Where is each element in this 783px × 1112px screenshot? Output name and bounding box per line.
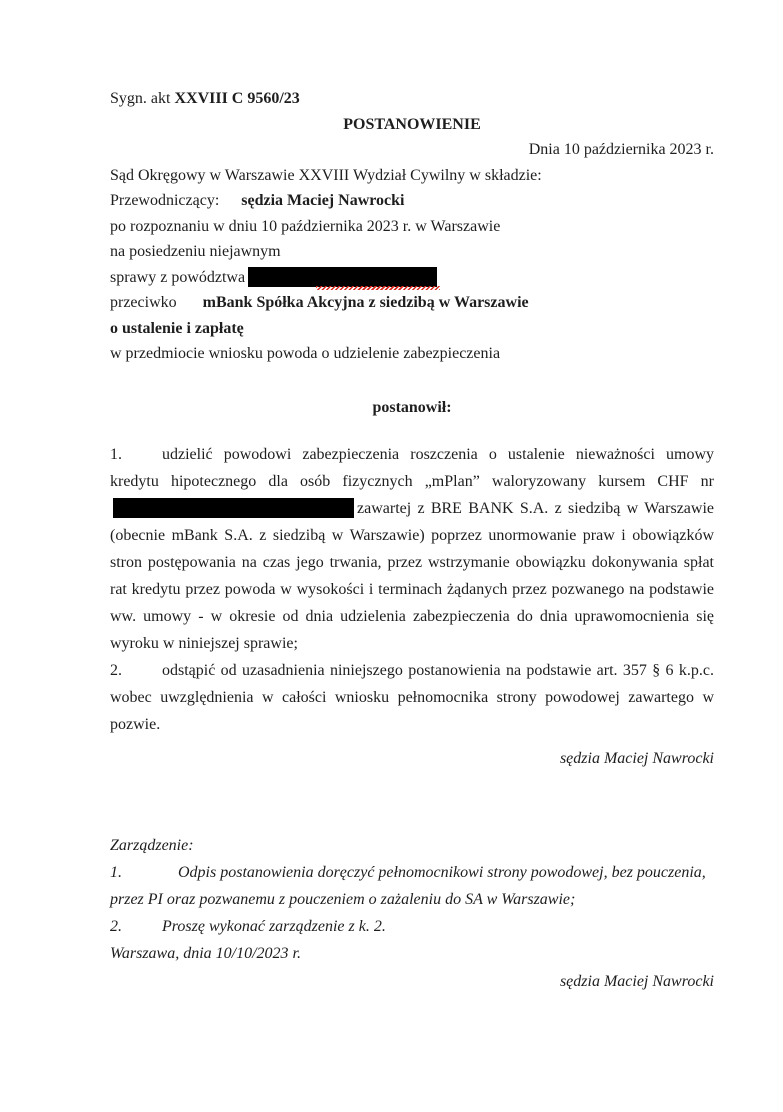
ruling-number: 1.	[110, 446, 122, 463]
order-item-text: Proszę wykonać zarządzenie z k. 2.	[162, 918, 386, 935]
ruling-text-before-redaction: udzielić powodowi zabezpieczenia roszcze…	[110, 446, 714, 490]
case-number: XXVIII C 9560/23	[174, 90, 299, 107]
hearing-line: po rozpoznaniu w dniu 10 października 20…	[110, 214, 714, 240]
redacted-plaintiff-name	[248, 267, 437, 287]
judge-signature-final: sędzia Maciej Nawrocki	[110, 968, 714, 995]
court-order-page: Sygn. akt XXVIII C 9560/23 POSTANOWIENIE…	[0, 0, 783, 1112]
date-line: Dnia 10 października 2023 r.	[110, 137, 714, 163]
redacted-contract-number	[113, 498, 354, 518]
order-section: Zarządzenie: 1.Odpis postanowienia doręc…	[110, 832, 714, 967]
order-item-text: Odpis postanowienia doręczyć pełnomocnik…	[110, 864, 706, 908]
presiding-label: Przewodniczący:	[110, 192, 219, 209]
motion-line: w przedmiocie wniosku powoda o udzieleni…	[110, 341, 714, 367]
order-item-1: 1.Odpis postanowienia doręczyć pełnomocn…	[110, 859, 714, 913]
order-heading: Zarządzenie:	[110, 832, 714, 859]
order-item-2: 2.Proszę wykonać zarządzenie z k. 2.	[110, 913, 714, 940]
session-line: na posiedzeniu niejawnym	[110, 239, 714, 265]
document-title: POSTANOWIENIE	[110, 112, 714, 138]
ruling-item-1: 1.udzielić powodowi zabezpieczenia roszc…	[110, 441, 714, 657]
ruling-text: odstąpić od uzasadnienia niniejszego pos…	[110, 662, 714, 733]
case-number-line: Sygn. akt XXVIII C 9560/23	[110, 86, 714, 112]
presiding-judge-name: sędzia Maciej Nawrocki	[241, 192, 404, 209]
place-date-line: Warszawa, dnia 10/10/2023 r.	[110, 940, 714, 967]
defendant-prefix: przeciwko	[110, 294, 177, 311]
case-number-prefix: Sygn. akt	[110, 90, 174, 107]
defendant-line: przeciwkomBank Spółka Akcyjna z siedzibą…	[110, 290, 714, 316]
decision-heading: postanowił:	[110, 395, 714, 421]
order-item-number: 2.	[110, 918, 122, 935]
subject-line: o ustalenie i zapłatę	[110, 316, 714, 342]
presiding-judge-line: Przewodniczący:sędzia Maciej Nawrocki	[110, 188, 714, 214]
ruling-item-2: 2.odstąpić od uzasadnienia niniejszego p…	[110, 657, 714, 738]
order-item-number: 1.	[110, 864, 122, 881]
defendant-name: mBank Spółka Akcyjna z siedzibą w Warsza…	[203, 294, 529, 311]
ruling-text-after-redaction: zawartej z BRE BANK S.A. z siedzibą w Wa…	[110, 500, 714, 652]
judge-signature: sędzia Maciej Nawrocki	[110, 745, 714, 772]
plaintiff-line: sprawy z powództwa	[110, 265, 714, 291]
ruling-number: 2.	[110, 662, 122, 679]
plaintiff-prefix: sprawy z powództwa	[110, 269, 245, 286]
spellcheck-squiggle	[316, 286, 440, 290]
court-line: Sąd Okręgowy w Warszawie XXVIII Wydział …	[110, 163, 714, 189]
